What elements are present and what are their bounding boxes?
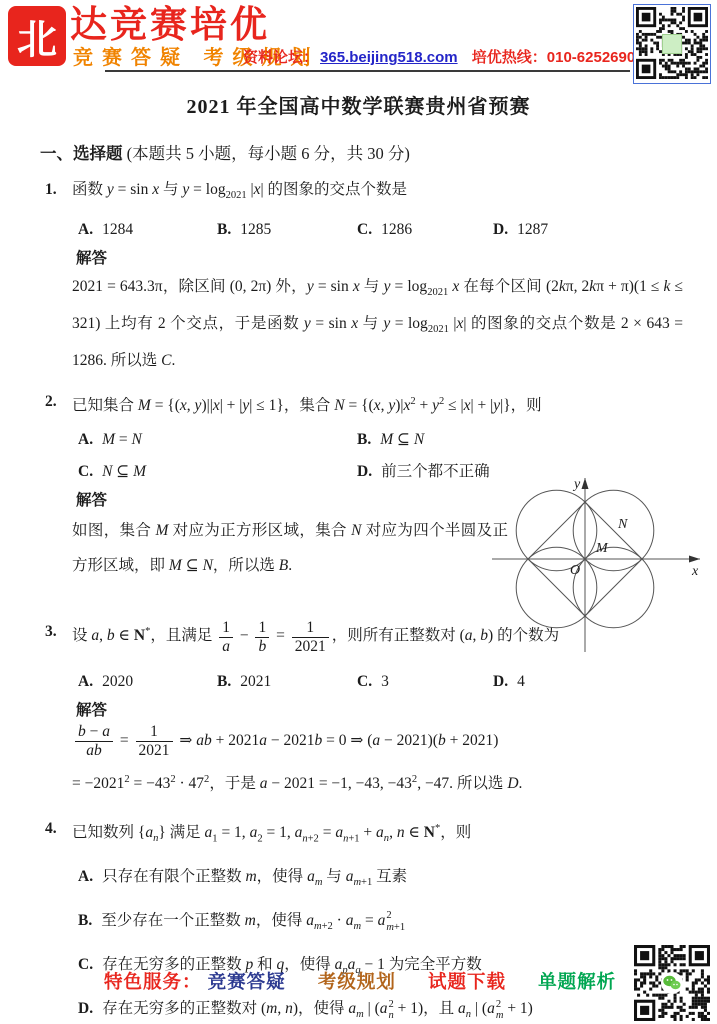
question-2: 2. 已知集合 M = {(x, y)||x| + |y| ≤ 1}，集合 N …: [40, 389, 689, 583]
question-2-option-a: A.M = N: [78, 429, 357, 451]
figure-label-x: x: [691, 564, 699, 579]
option-label: D.: [78, 1000, 93, 1017]
option-text: 1287: [517, 221, 548, 238]
option-label: A.: [78, 221, 93, 238]
question-3-solution-line-2: = −20212 = −432 · 472，于是 a − 2021 = −1, …: [40, 762, 689, 802]
option-label: B.: [217, 221, 231, 238]
x-axis-arrow: [689, 556, 700, 563]
footer-item-qa: 竞赛答疑: [208, 971, 286, 992]
option-text: 1286: [381, 221, 412, 238]
question-1-stem-text: 函数 y = sin x 与 y = log2021 |x| 的图象的交点个数是: [72, 177, 689, 208]
forum-link[interactable]: 365.beijing518.com: [320, 49, 458, 66]
question-2-number: 2.: [40, 389, 72, 418]
y-axis-arrow: [582, 478, 589, 489]
brand-name: 达竞赛培优: [70, 6, 270, 43]
question-2-option-b: B.M ⊆ N: [357, 429, 689, 451]
question-1-option-b: B.1285: [217, 219, 357, 241]
question-2-solution: 如图，集合 M 对应为正方形区域，集合 N 对应为四个半圆及正方形区域，即 M …: [40, 513, 508, 583]
option-text: 前三个都不正确: [381, 463, 490, 480]
brand-seal-char: 北: [17, 8, 57, 65]
option-text: 1285: [240, 221, 271, 238]
option-text: 至少存在一个正整数 m，使得 am+2 · am = a2m+1: [101, 912, 405, 929]
figure-label-m: M: [595, 541, 609, 556]
qr-center-logo: [662, 34, 682, 54]
question-3-options: A.2020 B.2021 C.3 D.4: [40, 671, 689, 693]
option-label: D.: [493, 221, 508, 238]
option-label: B.: [217, 673, 231, 690]
page-title: 2021 年全国高中数学联赛贵州省预赛: [0, 90, 717, 119]
option-label: D.: [493, 673, 508, 690]
option-text: 2020: [102, 673, 133, 690]
forum-label: 资料论坛：: [243, 49, 318, 66]
question-1-option-a: A.1284: [78, 219, 217, 241]
option-text: 只存在有限个正整数 m，使得 am 与 am+1 互素: [102, 868, 407, 885]
contact-line: 资料论坛：365.beijing518.com 培优热线：010-6252690…: [243, 50, 644, 65]
document-body: 一、选择题 (本题共 5 小题，每小题 6 分，共 30 分) 1. 函数 y …: [0, 140, 717, 1024]
section-heading: 一、选择题 (本题共 5 小题，每小题 6 分，共 30 分): [40, 140, 689, 164]
figure-label-y: y: [572, 477, 581, 492]
option-label: C.: [357, 673, 372, 690]
option-label: A.: [78, 868, 93, 885]
hotline-label: 培优热线：: [472, 49, 547, 66]
question-3-option-b: B.2021: [217, 671, 357, 693]
question-1-number: 1.: [40, 177, 72, 208]
question-1-option-c: C.1286: [357, 219, 493, 241]
document-page: 北 达竞赛培优 竞赛答疑 考级规划 资料论坛：365.beijing518.co…: [0, 0, 717, 1024]
wechat-icon: [660, 971, 684, 995]
question-1: 1. 函数 y = sin x 与 y = log2021 |x| 的图象的交点…: [40, 177, 689, 376]
question-4-number: 4.: [40, 816, 72, 851]
option-label: A.: [78, 673, 93, 690]
qr-code: [633, 4, 711, 84]
option-text: 2021: [240, 673, 271, 690]
question-3-answer-label: 解答: [40, 698, 689, 720]
option-text: 存在无穷多的正整数对 (m, n)，使得 am | (a2n + 1)，且 an…: [102, 1000, 533, 1017]
option-label: D.: [357, 463, 372, 480]
option-text: M = N: [102, 431, 142, 448]
option-text: 4: [517, 673, 525, 690]
option-label: C.: [78, 463, 93, 480]
question-4-stem: 4. 已知数列 {an} 满足 a1 = 1, a2 = 1, an+2 = a…: [40, 816, 689, 851]
question-3-solution-line-1: b − aab = 12021 ⇒ ab + 2021a − 2021b = 0…: [40, 723, 689, 759]
question-4-option-b: B.至少存在一个正整数 m，使得 am+2 · am = a2m+1: [40, 908, 689, 939]
question-1-stem: 1. 函数 y = sin x 与 y = log2021 |x| 的图象的交点…: [40, 177, 689, 208]
question-1-options: A.1284 B.1285 C.1286 D.1287: [40, 219, 689, 241]
question-3-option-c: C.3: [357, 671, 493, 693]
question-2-stem-text: 已知集合 M = {(x, y)||x| + |y| ≤ 1}，集合 N = {…: [72, 389, 689, 418]
question-2-figure: y x O M N: [482, 472, 712, 659]
question-3-option-d: D.4: [493, 671, 689, 693]
question-1-answer-label: 解答: [40, 246, 689, 268]
question-2-option-c: C.N ⊆ M: [78, 461, 357, 483]
option-label: C.: [357, 221, 372, 238]
header-divider: [105, 70, 630, 72]
section-heading-bold: 一、选择题: [40, 145, 123, 163]
option-text: M ⊆ N: [380, 431, 424, 448]
option-text: N ⊆ M: [102, 463, 146, 480]
set-region-diagram: y x O M N: [482, 472, 712, 654]
question-4-options: A.只存在有限个正整数 m，使得 am 与 am+1 互素 B.至少存在一个正整…: [40, 864, 689, 1024]
figure-label-n: N: [617, 517, 628, 532]
footer-label: 特色服务：: [104, 971, 202, 992]
section-heading-note: (本题共 5 小题，每小题 6 分，共 30 分): [123, 144, 410, 163]
question-1-option-d: D.1287: [493, 219, 689, 241]
footer-item-grading: 考级规划: [318, 971, 396, 992]
footer-item-download: 试题下载: [428, 971, 506, 992]
option-text: 1284: [102, 221, 133, 238]
question-3-number: 3.: [40, 609, 72, 659]
question-2-stem: 2. 已知集合 M = {(x, y)||x| + |y| ≤ 1}，集合 N …: [40, 389, 689, 418]
page-header: 北 达竞赛培优 竞赛答疑 考级规划 资料论坛：365.beijing518.co…: [0, 0, 717, 78]
footer-item-analysis: 单题解析: [538, 971, 616, 992]
question-1-solution: 2021 = 643.3π，除区间 (0, 2π) 外，y = sin x 与 …: [40, 271, 689, 376]
option-label: B.: [78, 912, 92, 929]
option-label: B.: [357, 431, 371, 448]
wechat-qr-code: [634, 945, 710, 1021]
figure-label-o: O: [570, 563, 580, 578]
brand-seal-logo: 北: [10, 8, 64, 64]
question-4-stem-text: 已知数列 {an} 满足 a1 = 1, a2 = 1, an+2 = an+1…: [72, 816, 689, 851]
footer-services: 特色服务： 竞赛答疑 考级规划 试题下载 单题解析: [0, 968, 717, 994]
question-2-solution-block: 解答 如图，集合 M 对应为正方形区域，集合 N 对应为四个半圆及正方形区域，即…: [40, 488, 689, 583]
question-4-option-d: D.存在无穷多的正整数对 (m, n)，使得 am | (a2n + 1)，且 …: [40, 996, 689, 1024]
question-4-option-a: A.只存在有限个正整数 m，使得 am 与 am+1 互素: [40, 864, 689, 895]
option-text: 3: [381, 673, 389, 690]
question-3-option-a: A.2020: [78, 671, 217, 693]
option-label: A.: [78, 431, 93, 448]
hotline-number: 010-62526900: [547, 49, 644, 66]
